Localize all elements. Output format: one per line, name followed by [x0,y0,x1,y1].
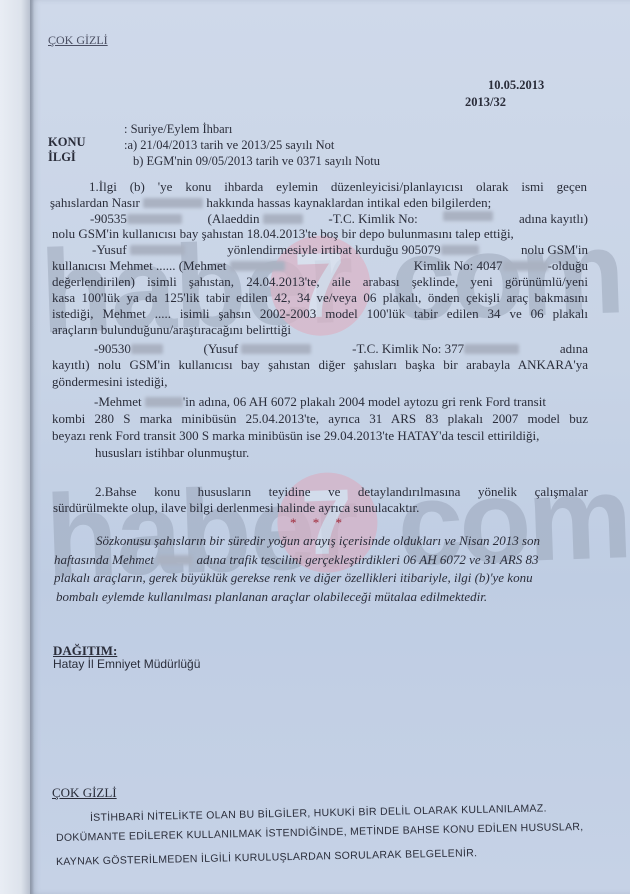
page-edge-shadow [30,0,34,894]
document-date: 10.05.2013 [488,78,544,93]
konu-label: KONU [48,135,86,150]
classification-top: ÇOK GİZLİ [48,33,108,48]
p1-line-17: hususları istihbar olunmuştur. [95,445,249,461]
redacted-surname [241,344,311,354]
redacted-id-number [443,211,493,221]
classification-bottom: ÇOK GİZLİ [52,785,117,801]
ilgi-b: b) EGM'nin 09/05/2013 tarih ve 0371 sayı… [133,154,380,169]
assessment-line-4: bombalı eylemde kullanılması planlanan a… [56,589,487,605]
desk-background [0,0,30,894]
assessment-line-1: Sözkonusu şahısların bir süredir yoğun a… [96,533,540,549]
p1-line-16: beyazı renk Ford transit 300 S marka min… [52,428,539,444]
p1-line-2: şahıslardan Nasır hakkında hassas kaynak… [50,195,491,211]
p1-line-6: kullanıcısı Mehmet ...... (Mehmet Kimlik… [52,258,588,274]
p1-line-4: nolu GSM'in kullanıcısı bay şahıstan 18.… [52,226,514,242]
redacted-phone [441,245,479,255]
redacted-surname [143,198,203,208]
p1-line-14: -Mehmet 'in adına, 06 AH 6072 plakalı 20… [94,394,546,410]
redacted-surname [157,555,193,565]
konu-value: : Suriye/Eylem İhbarı [124,122,232,137]
p1-line-10: araçların bulunduğunu/araştıracağını bel… [52,322,291,338]
redacted-surname [145,397,183,407]
p1-line-12: kayıtlı) nolu GSM'in kullanıcısı bay şah… [52,357,588,373]
assessment-line-3: plakalı araçların, gerek büyüklük gereks… [54,570,533,586]
redacted-phone [127,214,182,224]
p2-line-2: sürdürülmekte olup, ilave bilgi derlenme… [53,500,419,516]
p1-line-1: 1.İlgi (b) 'ye konu ihbarda eylemin düze… [89,179,587,195]
p1-line-9: istediği, Mehmet ..... isimli şahsın 200… [52,306,588,322]
p1-line-8: kasa 100'lük ya da 125'lik tabir edilen … [52,290,588,306]
assessment-line-2: haftasında Mehmet adına trafik tescilini… [54,552,539,568]
p1-line-13: göndermesini istediği, [52,374,168,390]
redacted-phone [131,344,163,354]
p1-line-11: -90530 (Yusuf -T.C. Kimlik No: 377 adına [94,341,588,357]
ilgi-a: :a) 21/04/2013 tarih ve 2013/25 sayılı N… [124,138,334,153]
p1-line-5: -Yusuf yönlendirmesiyle irtibat kurduğu … [92,242,588,258]
redacted-surname [130,245,185,255]
p1-line-3: -90535 (Alaeddin -T.C. Kimlik No: adına … [90,211,588,227]
p1-line-15: kombi 280 S marka minibüsün 25.04.2013't… [52,411,588,427]
ilgi-label: İLGİ [48,150,76,165]
redacted-id-number [464,344,519,354]
redacted-surname [263,214,303,224]
p2-line-1: 2.Bahse konu hususların teyidine ve deta… [95,484,588,500]
redacted-surname [230,261,285,271]
p1-line-7: değerlendirilen) isimli şahıstan, 24.04.… [52,274,588,290]
redacted-id-number [503,261,548,271]
document-number: 2013/32 [465,95,506,110]
distribution-value: Hatay İl Emniyet Müdürlüğü [53,657,200,671]
section-separator: * * * [290,515,342,531]
